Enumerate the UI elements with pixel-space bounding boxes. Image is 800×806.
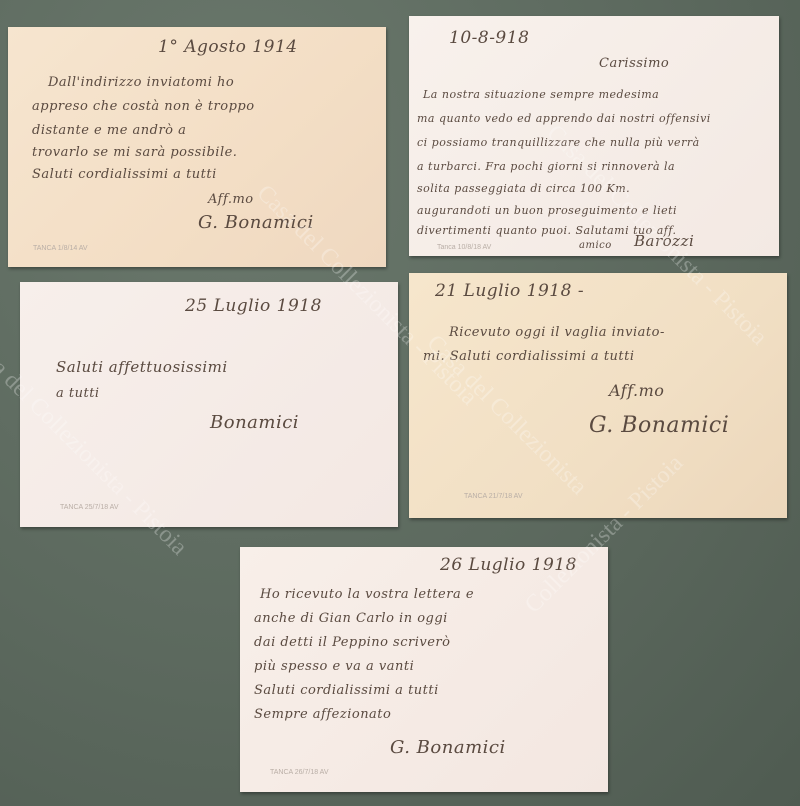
card-line: Saluti cordialissimi a tutti <box>254 683 439 698</box>
card-line: mi. Saluti cordialissimi a tutti <box>423 349 635 364</box>
card-line: Ho ricevuto la vostra lettera e <box>260 587 474 602</box>
card-closing: Aff.mo <box>609 381 664 400</box>
card-stamp: TANCA 21/7/18 AV <box>464 493 523 500</box>
postcard-4: 21 Luglio 1918 - Ricevuto oggi il vaglia… <box>409 273 787 518</box>
card-signature: Bonamici <box>210 412 299 433</box>
card-date: 10-8-918 <box>449 28 529 48</box>
card-signature: G. Bonamici <box>589 413 729 438</box>
card-stamp: TANCA 25/7/18 AV <box>60 504 119 511</box>
card-line: anche di Gian Carlo in oggi <box>254 611 448 626</box>
card-line: appreso che costà non è troppo <box>32 99 255 114</box>
postcard-2: 10-8-918 Carissimo La nostra situazione … <box>409 16 779 256</box>
card-line: augurandoti un buon proseguimento e liet… <box>417 204 677 217</box>
card-line: trovarlo se mi sarà possibile. <box>32 145 237 160</box>
card-line: ma quanto vedo ed apprendo dai nostri of… <box>417 112 711 125</box>
postcard-3: 25 Luglio 1918 Saluti affettuosissimi a … <box>20 282 398 527</box>
postcard-5: 26 Luglio 1918 Ho ricevuto la vostra let… <box>240 547 608 792</box>
card-salutation: Carissimo <box>599 56 669 71</box>
card-line: Ricevuto oggi il vaglia inviato- <box>449 325 665 340</box>
card-line: a tutti <box>56 386 100 401</box>
card-date: 25 Luglio 1918 <box>185 296 322 316</box>
card-date: 1° Agosto 1914 <box>158 37 298 57</box>
card-date: 21 Luglio 1918 - <box>435 281 584 301</box>
card-stamp: TANCA 1/8/14 AV <box>33 245 88 252</box>
card-stamp: TANCA 26/7/18 AV <box>270 769 329 776</box>
card-line: amico <box>579 240 612 251</box>
card-line: Saluti affettuosissimi <box>56 358 228 376</box>
card-line: Saluti cordialissimi a tutti <box>32 167 217 182</box>
card-line: a turbarci. Fra pochi giorni si rinnover… <box>417 160 675 173</box>
card-date: 26 Luglio 1918 <box>440 555 577 575</box>
card-line: più spesso e va a vanti <box>254 659 414 674</box>
card-line: dai detti il Peppino scriverò <box>254 635 450 650</box>
card-line: solita passeggiata di circa 100 Km. <box>417 182 630 195</box>
card-line: ci possiamo tranquillizzare che nulla pi… <box>417 136 700 149</box>
card-line: distante e me andrò a <box>32 123 186 138</box>
card-line: La nostra situazione sempre medesima <box>423 88 659 101</box>
postcard-1: 1° Agosto 1914 Dall'indirizzo inviatomi … <box>8 27 386 267</box>
card-signature: G. Bonamici <box>390 737 506 758</box>
card-line: Sempre affezionato <box>254 707 391 722</box>
card-closing: Aff.mo <box>208 192 254 207</box>
card-signature: Barozzi <box>634 232 694 250</box>
card-line: Dall'indirizzo inviatomi ho <box>48 75 234 90</box>
card-stamp: Tanca 10/8/18 AV <box>437 244 491 251</box>
card-signature: G. Bonamici <box>198 212 314 233</box>
